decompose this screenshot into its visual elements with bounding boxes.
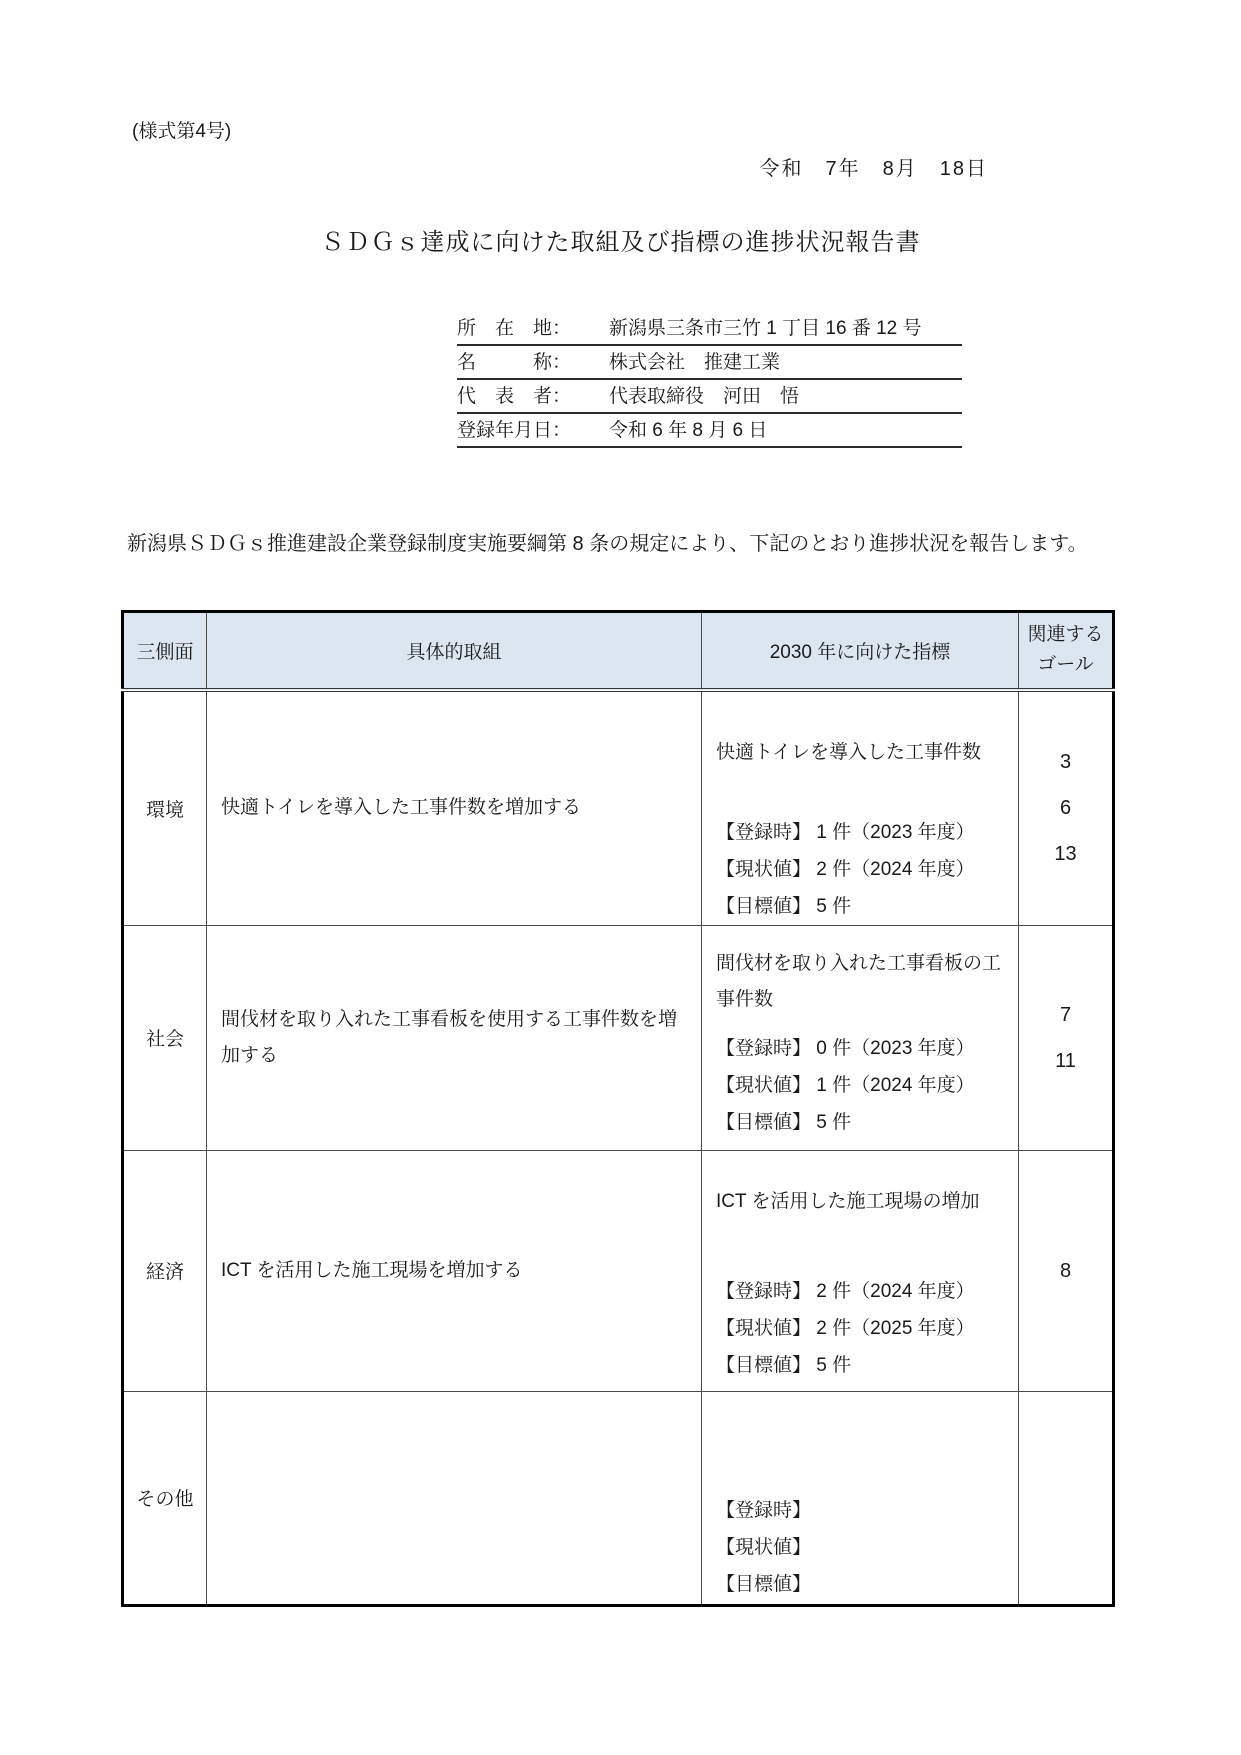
indicator-cell: 間伐材を取り入れた工事看板の工事件数 【登録時】 0 件（2023 年度）【現状… <box>702 925 1019 1150</box>
goals-cell: 3613 <box>1019 690 1114 926</box>
header-related-goals: 関連する ゴール <box>1019 612 1114 690</box>
info-value-registration-date: 令和 6 年 8 月 6 日 <box>609 420 767 441</box>
indicator-value-line: 【目標値】 5 件 <box>716 1347 1008 1384</box>
initiative-cell: 快適トイレを導入した工事件数を増加する <box>207 690 702 926</box>
indicator-cell: ICT を活用した施工現場の増加 【登録時】 2 件（2024 年度）【現状値】… <box>702 1150 1019 1391</box>
indicator-values: 【登録時】【現状値】【目標値】 <box>716 1492 1008 1603</box>
goal-number: 11 <box>1019 1038 1112 1084</box>
info-label-name: 名 称： <box>457 346 585 379</box>
goals-cell <box>1019 1391 1114 1605</box>
intro-paragraph: 新潟県ＳＤＧｓ推進建設企業登録制度実施要綱第 8 条の規定により、下記のとおり進… <box>127 527 1137 556</box>
info-label-address: 所 在 地： <box>457 312 585 345</box>
indicator-value-line: 【現状値】 1 件（2024 年度） <box>716 1067 1008 1104</box>
header-related-goals-line1: 関連する <box>1019 620 1112 650</box>
indicator-value-line: 【登録時】 <box>716 1492 1008 1529</box>
indicator-value-line: 【現状値】 2 件（2024 年度） <box>716 851 1008 888</box>
info-row-address: 所 在 地：新潟県三条市三竹 1 丁目 16 番 12 号 <box>457 312 962 346</box>
goal-number: 6 <box>1019 785 1112 831</box>
indicator-title: ICT を活用した施工現場の増加 <box>716 1187 1008 1217</box>
aspect-cell: 社会 <box>123 925 207 1150</box>
document-page: (様式第4号) 令和 7年 8月 18日 ＳＤＧｓ達成に向けた取組及び指標の進捗… <box>0 0 1241 1755</box>
info-row-registration-date: 登録年月日：令和 6 年 8 月 6 日 <box>457 414 962 448</box>
table-row-other: その他 【登録時】【現状値】【目標値】 <box>123 1391 1114 1605</box>
goal-number: 7 <box>1019 992 1112 1038</box>
progress-table: 三側面 具体的取組 2030 年に向けた指標 関連する ゴール 環境 快適トイレ… <box>121 610 1115 1607</box>
goals-cell: 8 <box>1019 1150 1114 1391</box>
indicator-value-line: 【目標値】 5 件 <box>716 888 1008 925</box>
initiative-cell: ICT を活用した施工現場を増加する <box>207 1150 702 1391</box>
indicator-value-line: 【目標値】 <box>716 1566 1008 1603</box>
goals-cell: 711 <box>1019 925 1114 1150</box>
info-value-address: 新潟県三条市三竹 1 丁目 16 番 12 号 <box>609 318 922 339</box>
info-label-registration-date: 登録年月日： <box>457 414 585 447</box>
header-indicator: 2030 年に向けた指標 <box>702 612 1019 690</box>
header-related-goals-line2: ゴール <box>1019 650 1112 680</box>
table-header-row: 三側面 具体的取組 2030 年に向けた指標 関連する ゴール <box>123 612 1114 690</box>
aspect-cell: 環境 <box>123 690 207 926</box>
indicator-values: 【登録時】 2 件（2024 年度）【現状値】 2 件（2025 年度）【目標値… <box>716 1273 1008 1384</box>
info-label-representative: 代 表 者： <box>457 380 585 413</box>
indicator-value-line: 【登録時】 1 件（2023 年度） <box>716 814 1008 851</box>
goal-number: 13 <box>1019 831 1112 877</box>
info-value-representative: 代表取締役 河田 悟 <box>609 386 799 407</box>
report-date: 令和 7年 8月 18日 <box>0 152 988 181</box>
info-row-name: 名 称：株式会社 推建工業 <box>457 346 962 380</box>
initiative-cell <box>207 1391 702 1605</box>
aspect-cell: 経済 <box>123 1150 207 1391</box>
document-title: ＳＤＧｓ達成に向けた取組及び指標の進捗状況報告書 <box>0 222 1241 257</box>
aspect-cell: その他 <box>123 1391 207 1605</box>
indicator-title: 快適トイレを導入した工事件数 <box>716 738 1008 768</box>
form-number: (様式第4号) <box>132 116 231 143</box>
indicator-values: 【登録時】 1 件（2023 年度）【現状値】 2 件（2024 年度）【目標値… <box>716 814 1008 925</box>
goal-number: 8 <box>1019 1248 1112 1294</box>
indicator-value-line: 【現状値】 2 件（2025 年度） <box>716 1310 1008 1347</box>
indicator-values: 【登録時】 0 件（2023 年度）【現状値】 1 件（2024 年度）【目標値… <box>716 1030 1008 1141</box>
header-aspect: 三側面 <box>123 612 207 690</box>
header-initiative: 具体的取組 <box>207 612 702 690</box>
info-row-representative: 代 表 者：代表取締役 河田 悟 <box>457 380 962 414</box>
indicator-cell: 【登録時】【現状値】【目標値】 <box>702 1391 1019 1605</box>
indicator-value-line: 【登録時】 0 件（2023 年度） <box>716 1030 1008 1067</box>
indicator-value-line: 【現状値】 <box>716 1529 1008 1566</box>
indicator-value-line: 【目標値】 5 件 <box>716 1104 1008 1141</box>
table-row-society: 社会 間伐材を取り入れた工事看板を使用する工事件数を増加する 間伐材を取り入れた… <box>123 925 1114 1150</box>
indicator-title: 間伐材を取り入れた工事看板の工事件数 <box>716 946 1008 1018</box>
company-info-block: 所 在 地：新潟県三条市三竹 1 丁目 16 番 12 号 名 称：株式会社 推… <box>457 312 962 448</box>
info-value-name: 株式会社 推建工業 <box>609 352 780 373</box>
table-row-environment: 環境 快適トイレを導入した工事件数を増加する 快適トイレを導入した工事件数 【登… <box>123 690 1114 926</box>
table-row-economy: 経済 ICT を活用した施工現場を増加する ICT を活用した施工現場の増加 【… <box>123 1150 1114 1391</box>
indicator-cell: 快適トイレを導入した工事件数 【登録時】 1 件（2023 年度）【現状値】 2… <box>702 690 1019 926</box>
indicator-value-line: 【登録時】 2 件（2024 年度） <box>716 1273 1008 1310</box>
goal-number: 3 <box>1019 739 1112 785</box>
initiative-cell: 間伐材を取り入れた工事看板を使用する工事件数を増加する <box>207 925 702 1150</box>
